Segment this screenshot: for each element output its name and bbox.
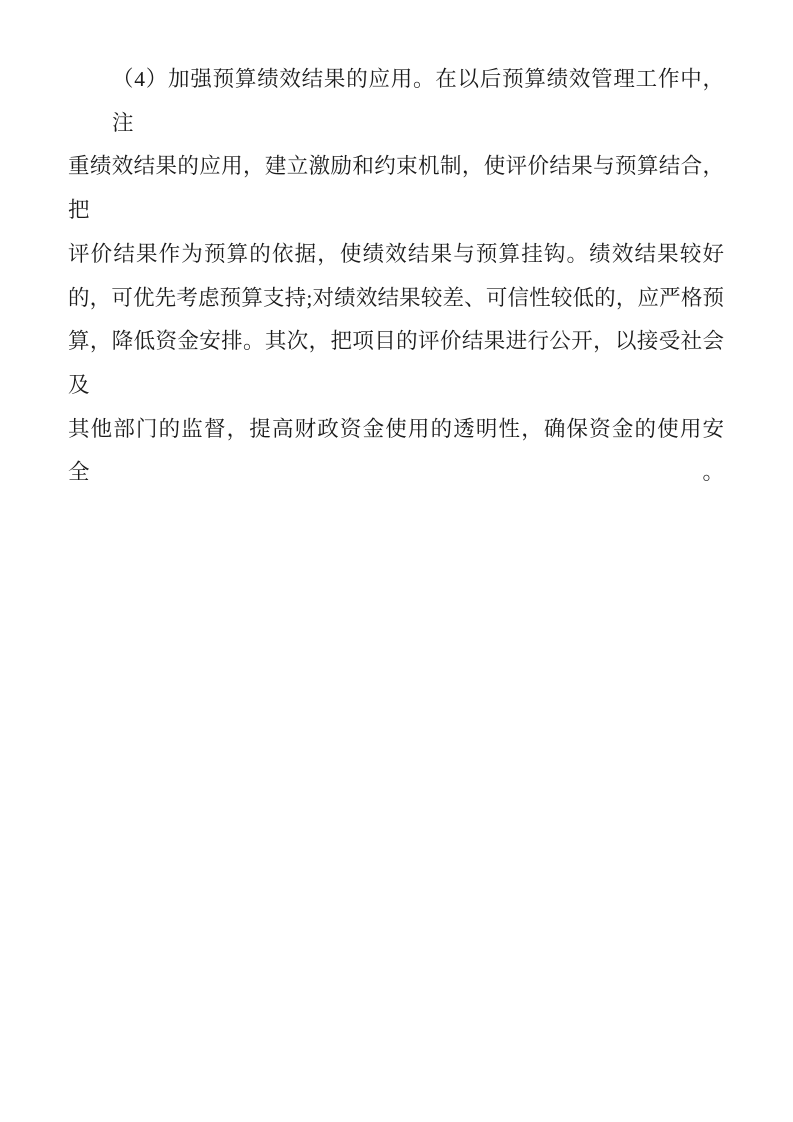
paragraph: （4）加强预算绩效结果的应用。在以后预算绩效管理工作中，注 重绩效结果的应用，建… — [68, 58, 724, 495]
document-page: （4）加强预算绩效结果的应用。在以后预算绩效管理工作中，注 重绩效结果的应用，建… — [0, 0, 793, 1122]
paragraph-line: 重绩效结果的应用，建立激励和约束机制，使评价结果与预算结合，把 — [68, 145, 724, 232]
paragraph-line: 评价结果作为预算的依据，使绩效结果与预算挂钩。绩效结果较好 — [68, 233, 724, 277]
paragraph-line: （4）加强预算绩效结果的应用。在以后预算绩效管理工作中，注 — [68, 58, 724, 145]
paragraph-line: 其他部门的监督，提高财政资金使用的透明性，确保资金的使用安全。 — [68, 408, 724, 495]
paragraph-line: 的，可优先考虑预算支持;对绩效结果较差、可信性较低的，应严格预 — [68, 277, 724, 321]
paragraph-line: 算，降低资金安排。其次，把项目的评价结果进行公开，以接受社会及 — [68, 320, 724, 407]
